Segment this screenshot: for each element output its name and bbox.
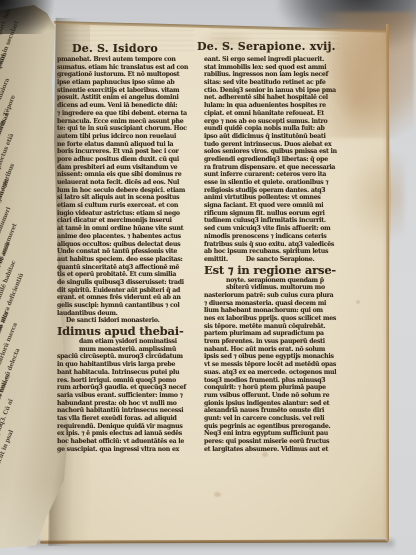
text-line: ergo ⁊ nos ab eo suscepti sumus. intro	[204, 118, 355, 126]
text-line: gunt̃: vel in carcere conclusis. vel rel…	[204, 415, 355, 423]
text-line: bernacula. Ecce enim mecū assunt phe	[57, 118, 204, 126]
text-line: ge suscipiat. qua ingressi vltra non ex	[57, 446, 204, 454]
text-line: ne forte elatus damnū aliquod tui la	[57, 141, 204, 149]
text-line: ciari dicatur et mercimonijs inserui	[57, 217, 204, 225]
text-line: ipso aūt didicimus q̄ institutōnū beati	[204, 133, 355, 141]
text-line: stinentie exercitijs et laboribus. vitam	[57, 87, 204, 95]
text-line: ⁊ diuersa monasteria. quasi decem mi	[204, 300, 355, 308]
text-line: esse in silentio et quiete. orationibus …	[204, 179, 355, 187]
text-line: gelis suscipi: hymnū cantantibus ⁊ col	[57, 302, 204, 310]
text-line: Neq3 eni intra egyptum sufficiunt pau	[204, 430, 355, 438]
text-line: tosq3 modios frumenti. plus minusq3	[204, 377, 355, 385]
text-line: cipiat. et omni hūanitate refoueat. Et	[204, 110, 355, 118]
text-line: rum vsibus offerunt. Unde nō solum re	[204, 392, 355, 400]
text-line: sitas: sed vite beatitudo retinet ac pfe	[204, 79, 355, 87]
text-line: vt se messis tēpore locēt ad metēdū opas	[204, 361, 355, 369]
text-line: sbiterū vidimus. multorum mo	[204, 284, 355, 292]
text-line: ⁊ ingredere ea que tibi debent̃. eterna …	[57, 110, 204, 118]
text-line: boris incurreres. Et vnā post hec i cor	[57, 148, 204, 156]
text-line: rificum signum fit. nullus eorum egri	[204, 210, 355, 218]
text-line: posuit. Astitit enim ei angelus domini	[57, 94, 204, 102]
text-line: dit spiritū. Euidenter aūt psbiteri q̄ a…	[57, 287, 204, 295]
text-line: mum monasteriū. amplissimū	[57, 346, 204, 354]
leaf-text-fragment: religiosus et hones	[0, 299, 42, 431]
text-line: tudinem cuiusq3 infirmitatis incurrit.	[204, 217, 355, 225]
text-line: si latro sit aliquis aut in scena positu…	[57, 194, 204, 202]
text-line: saria vsibus erant. sufficienter: immo ⁊	[57, 392, 204, 400]
text-line: ipse etiam paphnucius ipso sūme ab	[57, 79, 204, 87]
text-block-indented: dam etiam ysidori nominatissimum monaste…	[57, 338, 204, 353]
text-block: eant. Si ergo semel ingredi placuerit.st…	[204, 56, 355, 256]
text-line: anime deo placentes. ⁊ habentes actus	[57, 233, 204, 241]
text-line: net. adherentē sibi habet hospitalē cel	[204, 94, 355, 102]
text-line: dam presbiteri ad eum visitandum ve	[57, 164, 204, 172]
leaf-text-fragment: torum pfectus etiā	[0, 57, 46, 189]
text-line: hoc habebat officiū: vt aduentātēs ea le	[57, 438, 204, 446]
text-line: de singulis quibusq3 disseruisset: tradi	[57, 279, 204, 287]
leaf-text-fragment: is. sicut in psal	[0, 343, 50, 475]
text-line: rum arborūq3 gaudia. et quecūq3 necef	[57, 384, 204, 392]
text-line: in quo habitantibus viris larga prebe	[57, 361, 204, 369]
text-line: erant. et omnes frēs viderunt eū ab an	[57, 294, 204, 302]
text-line: iugio videatur astrictus: etiam si nego	[57, 210, 204, 218]
text-line: etiam si cultum ruris exerceat. et con	[57, 202, 204, 210]
text-line: partem plurimam ad supradictum pa	[204, 330, 355, 338]
text-block: pmanebat. Brevi autem tempore consumatus…	[57, 56, 204, 317]
leaf-text-fragment: is. viri innumeri	[0, 123, 46, 255]
text-line: nissent: omnia eis que sibi dominus re	[57, 171, 204, 179]
text-line: animi virtutibus pollentes: vt omnes	[204, 194, 355, 202]
leaf-text-fragment: bus solitariorū merca	[0, 255, 46, 387]
text-line: rabilius. ingressos non iam legis necef	[204, 71, 355, 79]
text-line: ab hoc ipsum recubans. spiritum letus	[204, 248, 355, 256]
text-line: nimodis prenoscens ⁊ indicans ceteris	[204, 233, 355, 241]
text-line: nes ex laboribus pprijs. quos scilicet m…	[204, 315, 355, 323]
text-line: tis et operū probitatē. Et cum similia	[57, 271, 204, 279]
text-line: habundant̃ presta: ob hoc vt nulli mo	[57, 400, 204, 408]
text-line: sis tēpore. metēte manuū cōquirebāt.	[204, 323, 355, 331]
text-line: nabant. Hoc aūt moris erat. nō solum	[204, 346, 355, 354]
text-line: ctio. Deniq3 senior in ianua vbi ipse pm…	[204, 87, 355, 95]
foxing-spot	[356, 300, 360, 304]
text-line: bant̃ habitacula. Intrinsecus putei plu	[57, 369, 204, 377]
text-line: aliquos occultos: quibus delectat̃ deus	[57, 241, 204, 249]
text-line: requirendū. Denique quidā vir magnus	[57, 423, 204, 431]
text-line: sed cum vnicuiq3 vite finis affuerit: om	[204, 225, 355, 233]
leaf-text-fragment: anus quoq3. Cū aī	[0, 321, 46, 453]
text-line: ex ipis. ⁊ ē pmis electus ad ianuā sedēs	[57, 430, 204, 438]
left-column: pmanebat. Brevi autem tempore consumatus…	[57, 56, 204, 460]
text-line: laudantibus deum.	[57, 310, 204, 318]
text-line: pore adhuc positus diem duxit. cū qui	[57, 156, 204, 164]
text-line: gregationē iustorum. Et nō multopost	[57, 71, 204, 79]
text-line: sunt inferre curarent: ceteros vero ita	[204, 171, 355, 179]
text-line: aut habitus speciem. deo esse placitas:	[57, 256, 204, 264]
running-head-left: De. S. Isidoro	[72, 42, 158, 55]
text-line: spaciū circūseptū. muroq3 circūdatum	[57, 353, 204, 361]
leaf-text-fragment: differenti cū delecta	[0, 277, 50, 409]
text-line: gionis ipsius indigentes alantur: sed et	[204, 400, 355, 408]
text-line: dicens ad eum. Veni iā benedicte dñi:	[57, 102, 204, 110]
page-right-edge	[386, 24, 389, 541]
right-column: eant. Si ergo semel ingredi placuerit.st…	[204, 56, 355, 460]
text-line: nasteriorum patrē: sub cuius cura plura	[204, 292, 355, 300]
text-line: res. horti irrigui. omniū quoq3 pomo	[57, 377, 204, 385]
text-line: te: qui te in suū suscipiant chorum. Hoc	[57, 125, 204, 133]
text-line: trem pferentes. in vsus pauperū desti	[204, 338, 355, 346]
text-line: eundi quidē copia nobis nulla fuit: ab	[204, 125, 355, 133]
text-line: alexandriā naues frumēto onuste diri	[204, 407, 355, 415]
text-block: spaciū circūseptū. muroq3 circūdatumin q…	[57, 353, 204, 453]
text-line: sumatus. etiam hic translatus est ad con	[57, 64, 204, 72]
leaf-text-fragment: in negociatōe alia	[0, 233, 42, 365]
foxing-spot	[214, 492, 221, 497]
leaf-text-fragment: cui et similē habitac	[0, 189, 46, 321]
incipit-line-isidori: Idimus apud thebai-	[57, 325, 204, 338]
leaf-text-fragment: chorus assumeret	[0, 145, 50, 277]
leaf-text-fragment: me in his moriban	[0, 35, 42, 167]
text-line: lum in hoc seculo debere despici. etiam	[57, 187, 204, 195]
text-line: fratribus suis q̄ suo exitu. atq3 valedi…	[204, 241, 355, 249]
text-line: tas vlla fieret exeūdi foras. ad aliquid	[57, 415, 204, 423]
text-line: solos seniores viros. quibus pmissa est …	[204, 148, 355, 156]
running-head-right: De. S. Serapione. xvij.	[197, 40, 336, 53]
text-line: autem tibi prius idcirco non reuelaui	[57, 133, 204, 141]
text-line: peres: qui possint miserīe eorū fructus	[204, 438, 355, 446]
text-line: nachorū habitantiū intrinsecus necessi	[57, 407, 204, 415]
text-line: Unde constat nō tantū pfessionis vite	[57, 248, 204, 256]
incipit-line-serapione: Est ⁊ in regione arse-	[204, 264, 355, 277]
text-block-indented: noyte. serapionem quendam p̄sbiterū vidi…	[204, 277, 355, 292]
leaf-text-fragment: nam elegit. et assū	[0, 167, 42, 299]
leaf-text-fragment: bus hic pagauerūt	[0, 101, 42, 233]
text-line: uelauerat nota fecit. dicēs ad eos. Nul	[57, 179, 204, 187]
text-line: quantū sinceritatē atq3 affectionē mē	[57, 264, 204, 272]
book-photo: Dialogusua occupari. hocqui sunt in secu…	[0, 0, 416, 555]
text-line: at tamē in omni ordine hūane vite sunt	[57, 225, 204, 233]
text-line: stat immobilis lex: sed quod est ammi	[204, 64, 355, 72]
leaf-text-fragment: tam in operibus	[0, 79, 50, 211]
text-line: suas. atq3 ex ea mercede. octogenos mul	[204, 369, 355, 377]
text-line: ipsis sed ⁊ oībus pene egyptijs monachis	[204, 353, 355, 361]
leaf-text-fragment: e sunt mora deficientiū	[0, 211, 50, 343]
text-line: eant. Si ergo semel ingredi placuerit.	[204, 56, 355, 64]
text-line: et largitates absumere. Vidimus aut et	[204, 446, 355, 454]
text-line: dam etiam ysidori nominatissi	[57, 338, 204, 346]
background-corner-shadow	[0, 0, 60, 34]
text-line: lulam: in qua aduenientes hospites re	[204, 102, 355, 110]
text-line: ra fratrum dispensare. et que necessaria	[204, 164, 355, 172]
text-line: religiosis studijs operam dantes. atq3	[204, 187, 355, 195]
text-line: tudo gerent̃ intrinsecus. Duos aiebat ex	[204, 141, 355, 149]
text-line: signa faciant. Et quod vere omniū mi	[204, 202, 355, 210]
text-line: pmanebat. Brevi autem tempore con	[57, 56, 204, 64]
text-line: grediendi egrediendiq3 libertas: q̄ ope	[204, 156, 355, 164]
text-line: noyte. serapionem quendam p̄	[204, 277, 355, 285]
text-line: conquirit: ⁊ horū ptem plurimā paupe	[204, 384, 355, 392]
text-line: quis pegrinis ac egentibus prerogande.	[204, 423, 355, 431]
text-line: lium habebant̃ monachorum: qui om	[204, 307, 355, 315]
text-block: nasteriorum patrē: sub cuius cura plura⁊…	[204, 292, 355, 453]
